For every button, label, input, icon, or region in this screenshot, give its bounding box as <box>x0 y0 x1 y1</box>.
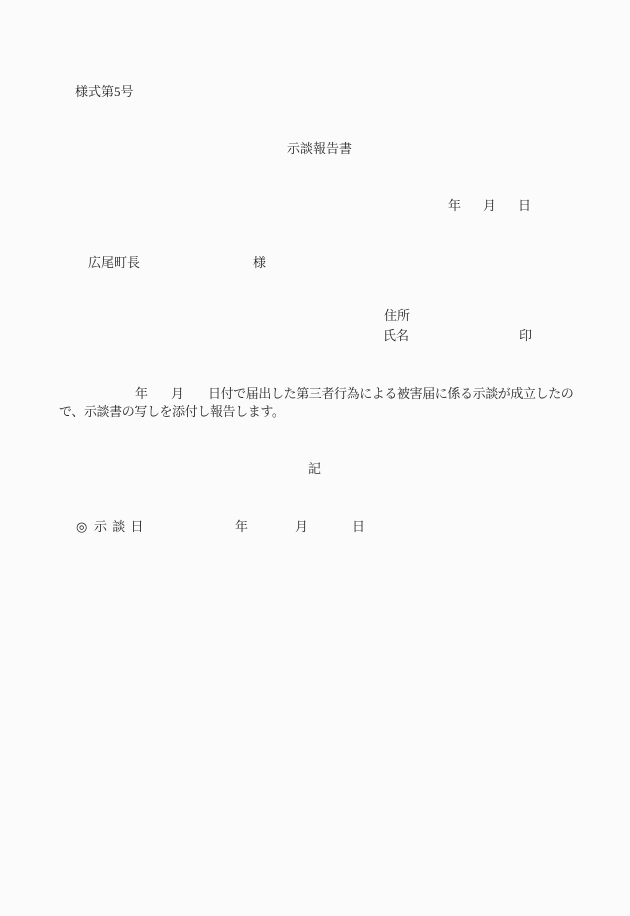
sender-address-line: 住所 <box>0 309 630 323</box>
sender-name-label: 氏名 <box>383 329 409 342</box>
header-date-day-label: 日 <box>518 199 531 212</box>
header-date-line: 年 月 日 <box>0 199 630 213</box>
settlement-day-label: 日 <box>352 520 365 533</box>
seal-label: 印 <box>519 329 532 342</box>
form-number: 様式第5号 <box>75 85 134 98</box>
document-title: 示談報告書 <box>287 142 352 155</box>
header-date-year-label: 年 <box>448 199 461 212</box>
sender-address-label: 住所 <box>384 309 410 322</box>
form-number-line: 様式第5号 <box>0 85 630 99</box>
settlement-label: 示 談 日 <box>94 520 145 533</box>
header-date-month-label: 月 <box>483 199 496 212</box>
settlement-date-line: ◎ 示 談 日 年 月 日 <box>0 520 630 534</box>
title-line: 示談報告書 <box>0 142 630 156</box>
body-month-label: 月 <box>171 387 184 400</box>
separator-line: 記 <box>0 462 630 476</box>
settlement-month-label: 月 <box>295 520 308 533</box>
body-text-line-2: で、示談書の写しを添付し報告します。 <box>59 405 285 418</box>
addressee-honorific: 様 <box>253 256 266 269</box>
body-text-line-1: 日付で届出した第三者行為による被害届に係る示談が成立したの <box>208 387 573 400</box>
addressee-title: 広尾町長 <box>88 256 140 269</box>
sender-name-line: 氏名 印 <box>0 329 630 343</box>
separator-ki: 記 <box>308 462 321 475</box>
settlement-year-label: 年 <box>235 520 248 533</box>
body-line-1: 年 月 日付で届出した第三者行為による被害届に係る示談が成立したの <box>0 387 630 401</box>
body-line-2: で、示談書の写しを添付し報告します。 <box>0 405 630 419</box>
body-year-label: 年 <box>135 387 148 400</box>
document-page: 様式第5号 示談報告書 年 月 日 広尾町長 様 住所 氏名 印 年 月 日付で… <box>0 0 630 916</box>
addressee-line: 広尾町長 様 <box>0 256 630 270</box>
settlement-marker: ◎ <box>76 520 87 533</box>
